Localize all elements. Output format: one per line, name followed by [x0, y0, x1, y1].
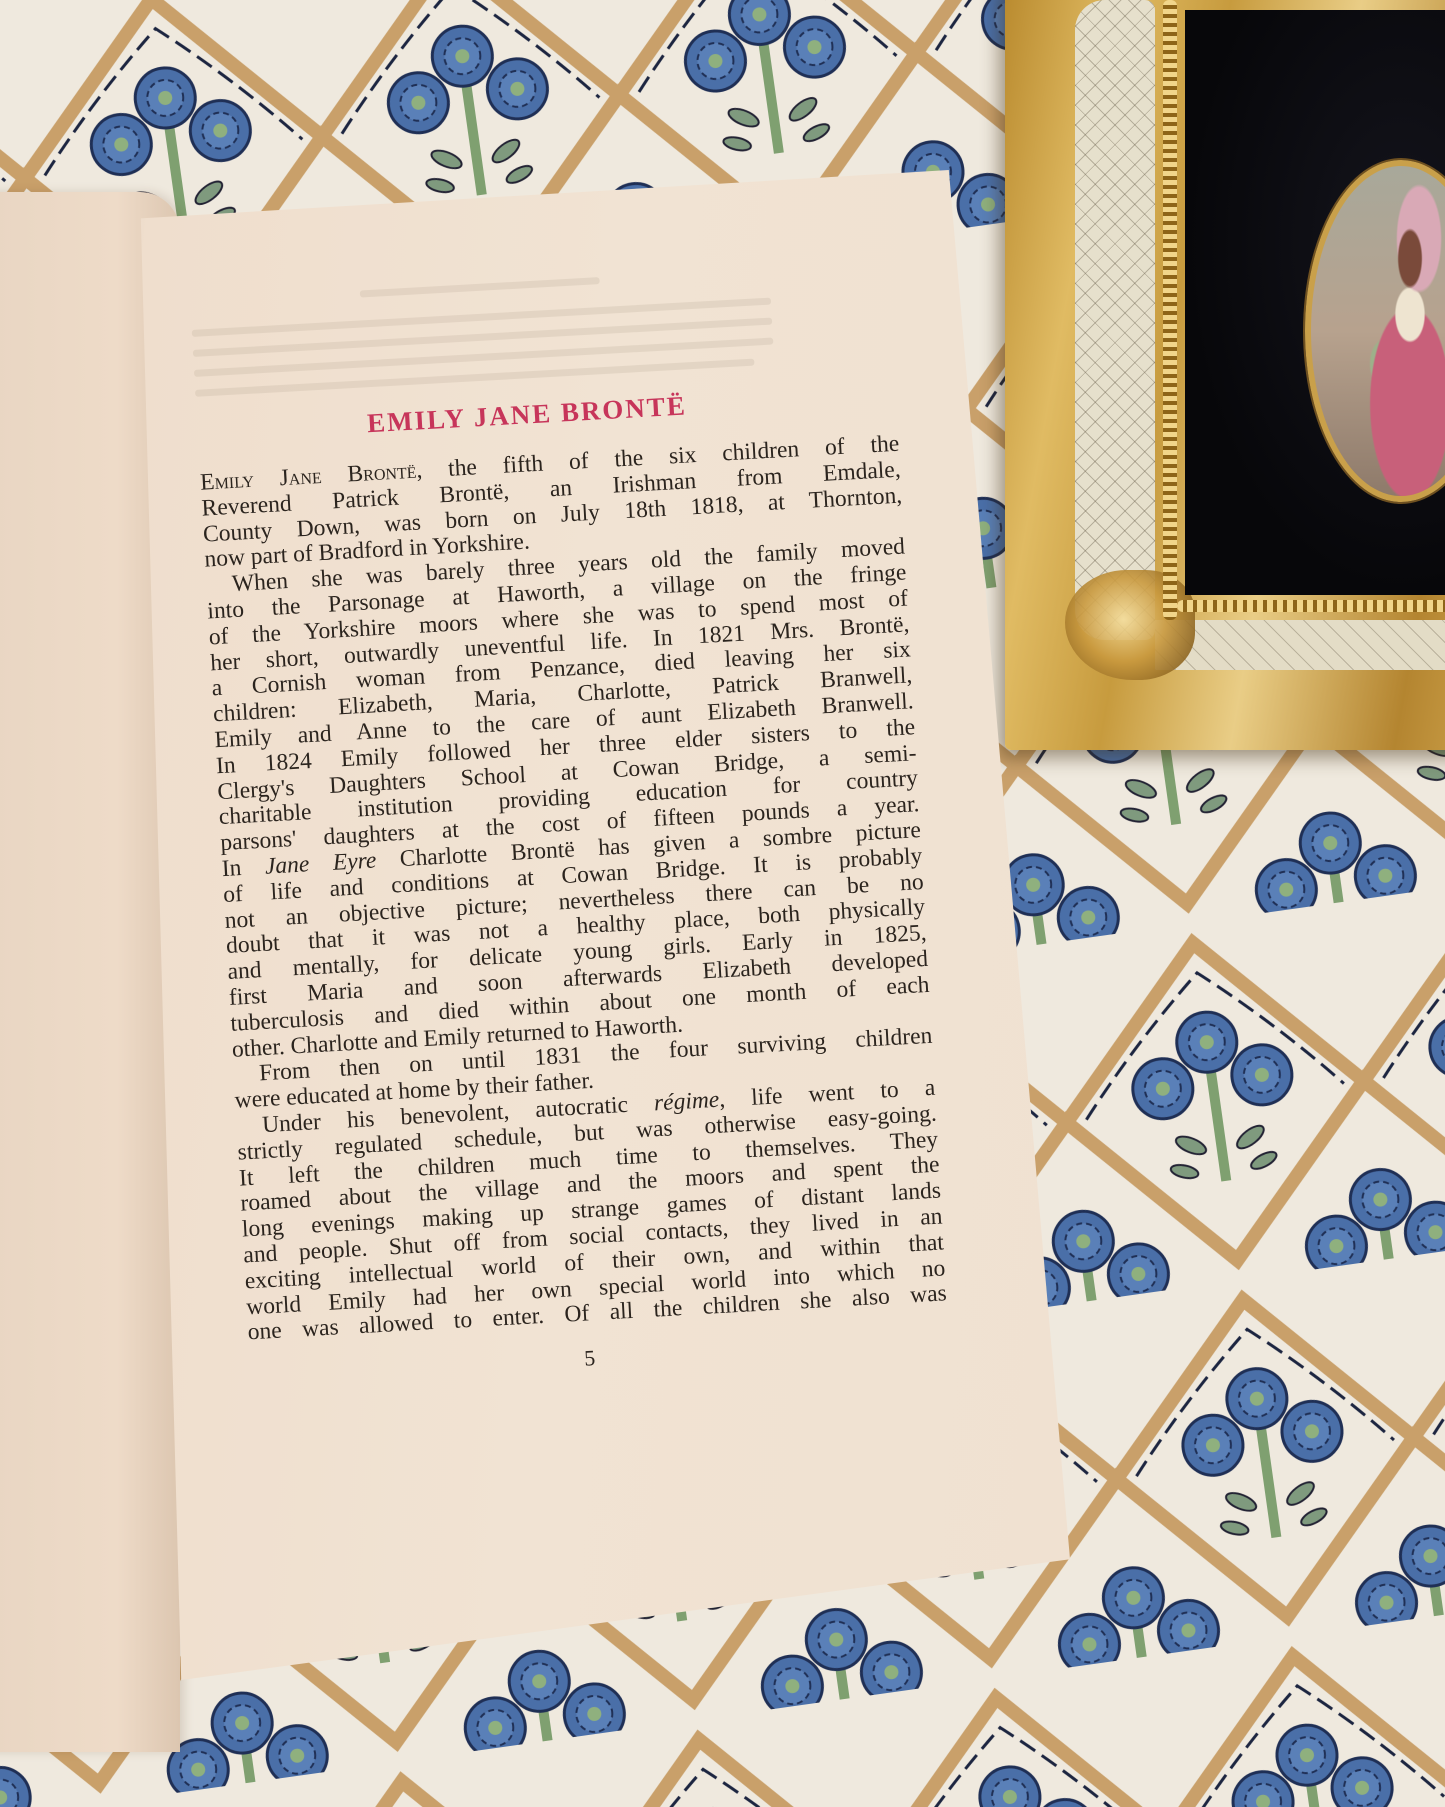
frame-lattice-panel: [1075, 0, 1155, 640]
gilt-picture-frame: [1005, 0, 1445, 750]
frame-lattice-panel-bottom: [1155, 620, 1445, 670]
frame-bead-molding-horizontal: [1177, 600, 1445, 612]
frame-bead-molding-vertical: [1163, 0, 1177, 620]
